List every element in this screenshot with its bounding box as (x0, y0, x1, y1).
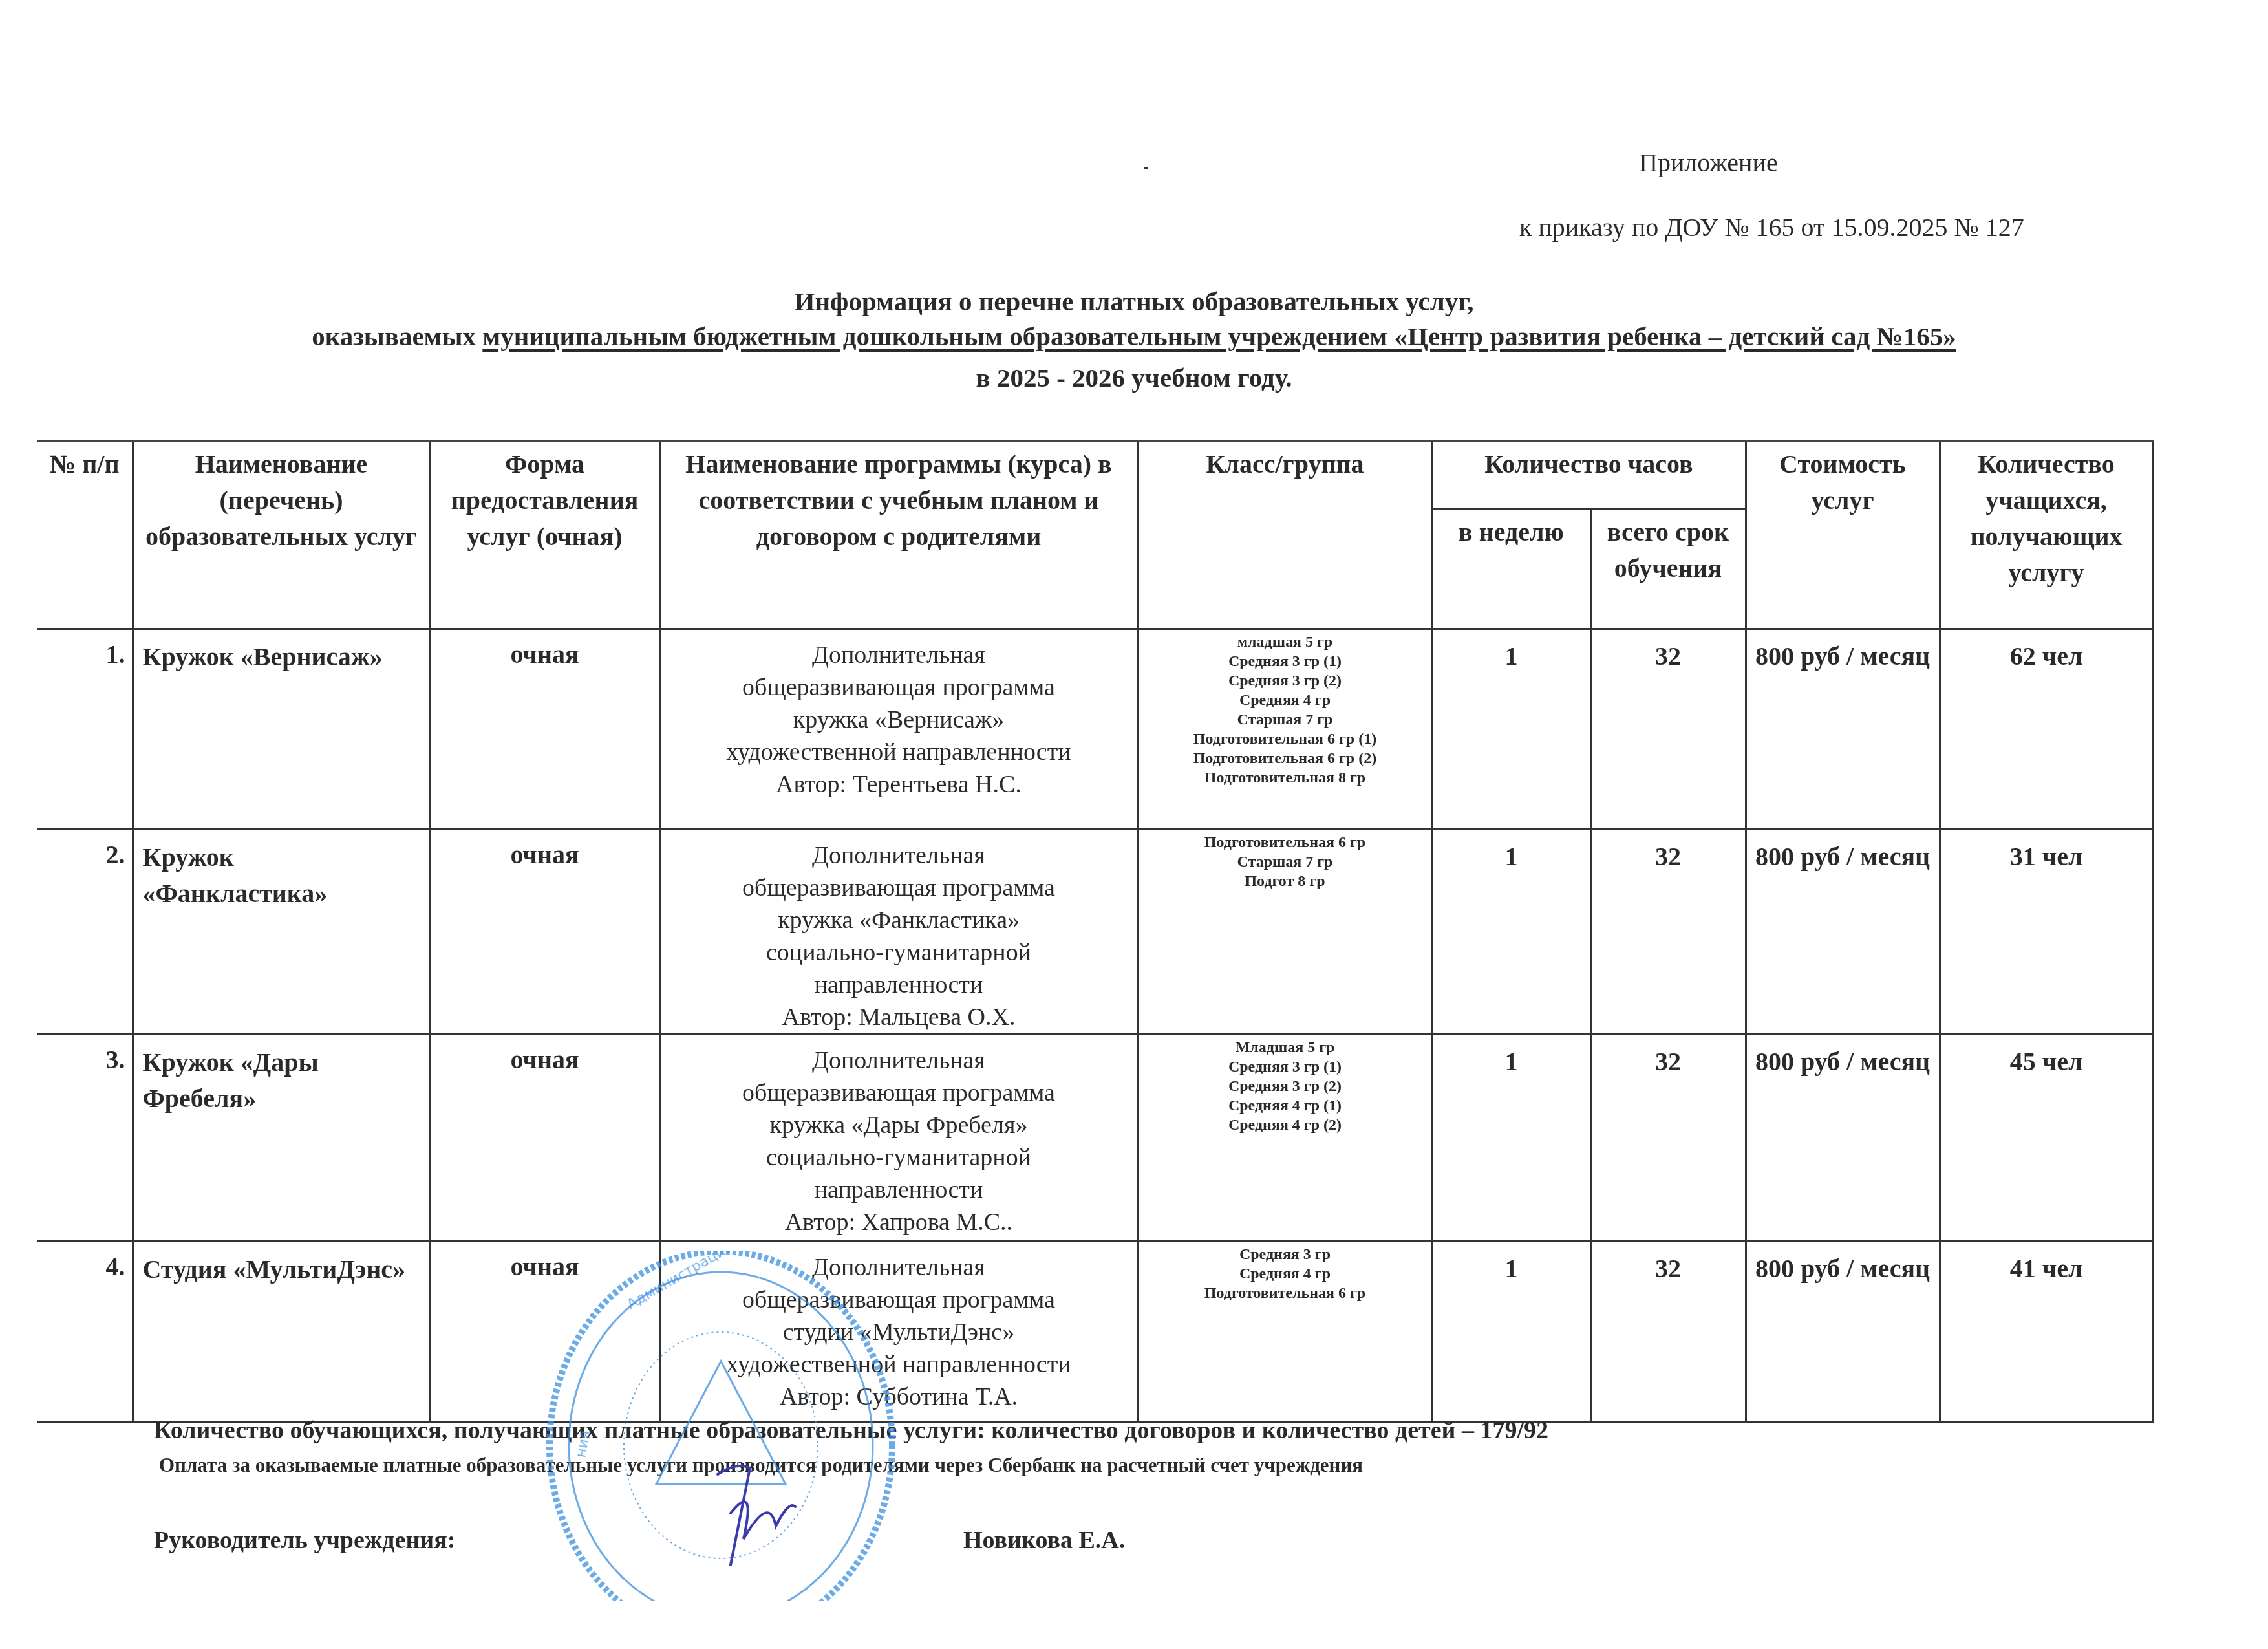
director-name: Новикова Е.А. (963, 1526, 1125, 1555)
program-description: Дополнительная общеразвивающая программа… (659, 829, 1138, 1034)
header-program: Наименование программы (курса) в соответ… (659, 441, 1138, 629)
service-name: Кружок «Дары Фребеля» (133, 1034, 430, 1241)
group-item: Подгот 8 гр (1143, 872, 1428, 891)
program-description: Дополнительная общеразвивающая программа… (659, 629, 1138, 829)
program-line: направленности (665, 1174, 1133, 1206)
service-form: очная (430, 629, 659, 829)
program-line: социально-гуманитарной (665, 1141, 1133, 1174)
program-line: Дополнительная (665, 639, 1133, 671)
enrollment-summary: Количество обучающихся, получающих платн… (154, 1416, 1548, 1445)
group-item: Средняя 3 гр (2) (1143, 671, 1428, 691)
document-subtitle: оказываемых муниципальным бюджетным дошк… (0, 319, 2268, 353)
hours-total: 32 (1590, 829, 1746, 1034)
program-line: Дополнительная (665, 1251, 1133, 1284)
institution-name: муниципальным бюджетным дошкольным образ… (482, 321, 1956, 351)
program-line: общеразвивающая программа (665, 671, 1133, 704)
header-hours: Количество часов (1432, 441, 1746, 509)
group-list: Младшая 5 гр Средняя 3 гр (1) Средняя 3 … (1138, 1034, 1432, 1241)
header-cost: Стоимость услуг (1746, 441, 1940, 629)
student-count: 45 чел (1940, 1034, 2153, 1241)
program-line: художественной направленности (665, 1348, 1133, 1381)
group-item: Старшая 7 гр (1143, 852, 1428, 872)
hours-per-week: 1 (1432, 1241, 1590, 1422)
service-name: Кружок «Фанкластика» (133, 829, 430, 1034)
hours-total: 32 (1590, 629, 1746, 829)
group-item: Подготовительная 6 гр (1143, 833, 1428, 852)
program-line: студии «МультиДэнс» (665, 1316, 1133, 1348)
group-item: Подготовительная 6 гр (2) (1143, 749, 1428, 768)
program-line: кружка «Фанкластика» (665, 904, 1133, 936)
program-line: кружка «Вернисаж» (665, 704, 1133, 736)
hours-total: 32 (1590, 1034, 1746, 1241)
student-count: 31 чел (1940, 829, 2153, 1034)
table-row: 3. Кружок «Дары Фребеля» очная Дополните… (37, 1034, 2153, 1241)
group-item: Младшая 5 гр (1143, 1038, 1428, 1057)
group-item: младшая 5 гр (1143, 632, 1428, 652)
program-line: общеразвивающая программа (665, 1077, 1133, 1109)
service-form: очная (430, 1241, 659, 1422)
service-cost: 800 руб / месяц (1746, 1034, 1940, 1241)
group-item: Подготовительная 8 гр (1143, 768, 1428, 788)
hours-per-week: 1 (1432, 829, 1590, 1034)
program-author: Автор: Терентьева Н.С. (665, 768, 1133, 801)
program-line: Дополнительная (665, 1044, 1133, 1077)
service-name: Студия «МультиДэнс» (133, 1241, 430, 1422)
row-number: 3. (37, 1034, 133, 1241)
group-item: Средняя 4 гр (1) (1143, 1096, 1428, 1115)
group-item: Средняя 4 гр (1143, 1264, 1428, 1284)
group-item: Средняя 3 гр (1143, 1245, 1428, 1264)
header-service-name: Наименование (перечень) образовательных … (133, 441, 430, 629)
group-item: Средняя 4 гр (2) (1143, 1115, 1428, 1135)
student-count: 62 чел (1940, 629, 2153, 829)
program-author: Автор: Мальцева О.Х. (665, 1001, 1133, 1033)
group-item: Средняя 3 гр (1) (1143, 1057, 1428, 1077)
row-number: 4. (37, 1241, 133, 1422)
service-cost: 800 руб / месяц (1746, 829, 1940, 1034)
group-item: Средняя 4 гр (1143, 691, 1428, 710)
program-line: кружка «Дары Фребеля» (665, 1109, 1133, 1141)
service-cost: 800 руб / месяц (1746, 629, 1940, 829)
program-line: социально-гуманитарной (665, 936, 1133, 969)
student-count: 41 чел (1940, 1241, 2153, 1422)
group-list: Подготовительная 6 гр Старшая 7 гр Подго… (1138, 829, 1432, 1034)
services-table: № п/п Наименование (перечень) образовате… (37, 440, 2154, 1423)
header-students: Количество учащихся, получающих услугу (1940, 441, 2153, 629)
service-cost: 800 руб / месяц (1746, 1241, 1940, 1422)
header-row: № п/п Наименование (перечень) образовате… (37, 441, 2153, 509)
scan-speck (1144, 167, 1148, 169)
table-row: 4. Студия «МультиДэнс» очная Дополнитель… (37, 1241, 2153, 1422)
table-row: 1. Кружок «Вернисаж» очная Дополнительна… (37, 629, 2153, 829)
hours-total: 32 (1590, 1241, 1746, 1422)
program-line: общеразвивающая программа (665, 872, 1133, 904)
order-reference: к приказу по ДОУ № 165 от 15.09.2025 № 1… (1519, 212, 2024, 242)
appendix-label: Приложение (1639, 147, 1778, 178)
document-title: Информация о перечне платных образовател… (0, 285, 2268, 318)
header-num: № п/п (37, 441, 133, 629)
program-author: Автор: Субботина Т.А. (665, 1381, 1133, 1413)
program-description: Дополнительная общеразвивающая программа… (659, 1034, 1138, 1241)
row-number: 2. (37, 829, 133, 1034)
group-item: Подготовительная 6 гр (1) (1143, 729, 1428, 749)
subtitle-prefix: оказываемых (312, 321, 482, 351)
program-line: Дополнительная (665, 839, 1133, 872)
director-label: Руководитель учреждения: (154, 1526, 455, 1555)
group-item: Подготовительная 6 гр (1143, 1284, 1428, 1303)
service-form: очная (430, 829, 659, 1034)
group-item: Старшая 7 гр (1143, 710, 1428, 729)
hours-per-week: 1 (1432, 1034, 1590, 1241)
header-hours-total: всего срок обучения (1590, 509, 1746, 629)
program-description: Дополнительная общеразвивающая программа… (659, 1241, 1138, 1422)
hours-per-week: 1 (1432, 629, 1590, 829)
group-item: Средняя 3 гр (2) (1143, 1077, 1428, 1096)
group-list: младшая 5 гр Средняя 3 гр (1) Средняя 3 … (1138, 629, 1432, 829)
academic-year: в 2025 - 2026 учебном году. (0, 361, 2268, 394)
group-item: Средняя 3 гр (1) (1143, 652, 1428, 671)
program-line: художественной направленности (665, 736, 1133, 768)
program-author: Автор: Хапрова М.С.. (665, 1206, 1133, 1238)
service-name: Кружок «Вернисаж» (133, 629, 430, 829)
header-group: Класс/группа (1138, 441, 1432, 629)
header-form: Форма предоставления услуг (очная) (430, 441, 659, 629)
program-line: общеразвивающая программа (665, 1284, 1133, 1316)
table-row: 2. Кружок «Фанкластика» очная Дополнител… (37, 829, 2153, 1034)
row-number: 1. (37, 629, 133, 829)
service-form: очная (430, 1034, 659, 1241)
group-list: Средняя 3 гр Средняя 4 гр Подготовительн… (1138, 1241, 1432, 1422)
header-hours-week: в неделю (1432, 509, 1590, 629)
payment-note: Оплата за оказываемые платные образовате… (159, 1454, 1363, 1477)
program-line: направленности (665, 969, 1133, 1001)
